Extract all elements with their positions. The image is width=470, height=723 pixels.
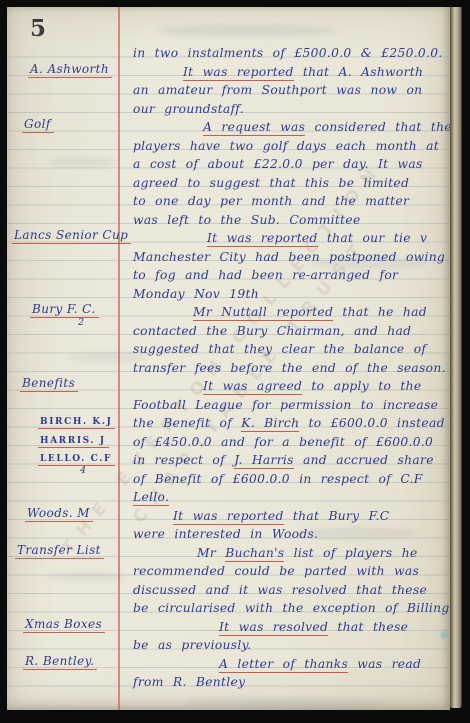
margin-heading: A. Ashworth	[28, 62, 112, 78]
text-row: Football League for permission to increa…	[7, 395, 450, 412]
minute-text: players have two golf days each month at	[133, 139, 439, 153]
minute-text: It was resolved that these	[219, 620, 408, 634]
margin-heading: Bury F. C.	[30, 302, 99, 318]
minute-text: Manchester City had been postponed owing	[133, 250, 445, 264]
minute-text: discussed and it was resolved that these	[133, 583, 427, 597]
minute-text: contacted the Bury Chairman, and had	[133, 324, 411, 338]
minute-text: be as previously.	[133, 638, 251, 652]
text-row: BIRCH. K.Jthe Benefit of K. Birch to £60…	[7, 413, 450, 430]
text-row: of Benefit of £600.0.0 in respect of C.F	[7, 469, 450, 486]
minute-text: It was reported that Bury F.C	[173, 509, 389, 523]
text-row: our groundstaff.	[7, 99, 450, 116]
margin-heading: Benefits	[20, 376, 78, 392]
text-row: to one day per month and the matter	[7, 191, 450, 208]
minute-text: It was reported that our tie v	[207, 231, 427, 245]
margin-heading: BIRCH. K.J	[38, 417, 115, 429]
minute-text: in two instalments of £500.0.0 & £250.0.…	[133, 46, 443, 60]
text-row: players have two golf days each month at	[7, 136, 450, 153]
minute-text: our groundstaff.	[133, 102, 244, 116]
text-row: R. Bentley.A letter of thanks was read	[7, 654, 450, 671]
text-row: were interested in Woods.	[7, 524, 450, 541]
text-row: Lancs Senior CupIt was reported that our…	[7, 228, 450, 245]
margin-heading: Xmas Boxes	[23, 617, 105, 633]
text-row: a cost of about £22.0.0 per day. It was	[7, 154, 450, 171]
handwritten-rows: in two instalments of £500.0.0 & £250.0.…	[7, 7, 450, 710]
minute-text: It was reported that A. Ashworth	[183, 65, 423, 79]
margin-heading: Golf	[22, 117, 54, 133]
text-row: HARRIS. Jof £450.0.0 and for a benefit o…	[7, 432, 450, 449]
text-row: A. AshworthIt was reported that A. Ashwo…	[7, 62, 450, 79]
text-row: Lello.	[7, 487, 450, 504]
margin-heading: R. Bentley.	[23, 654, 97, 670]
text-row: LELLO. C.F4in respect of J. Harris and a…	[7, 450, 450, 467]
text-row: Xmas BoxesIt was resolved that these	[7, 617, 450, 634]
text-row: an amateur from Southport was now on	[7, 80, 450, 97]
minute-text: of £450.0.0 and for a benefit of £600.0.…	[133, 435, 433, 449]
minute-text: transfer fees before the end of the seas…	[133, 361, 446, 375]
minute-text: an amateur from Southport was now on	[133, 83, 422, 97]
minute-text: to one day per month and the matter	[133, 194, 409, 208]
minute-text: suggested that they clear the balance of	[133, 342, 426, 356]
minute-text: Lello.	[133, 490, 169, 504]
text-row: recommended could be parted with was	[7, 561, 450, 578]
text-row: be circularised with the exception of Bi…	[7, 598, 450, 615]
text-row: be as previously.	[7, 635, 450, 652]
margin-heading: LELLO. C.F	[38, 454, 115, 466]
margin-heading: Lancs Senior Cup	[12, 228, 131, 244]
page-stack-edge	[450, 7, 462, 708]
minute-text: Monday Nov 19th	[133, 287, 259, 301]
text-row: contacted the Bury Chairman, and had	[7, 321, 450, 338]
text-row: discussed and it was resolved that these	[7, 580, 450, 597]
text-row: to fog and had been re-arranged for	[7, 265, 450, 282]
text-row: from R. Bentley	[7, 672, 450, 689]
minute-text: the Benefit of K. Birch to £600.0.0 inst…	[133, 416, 445, 430]
margin-heading: Transfer List	[15, 543, 104, 559]
margin-heading: Woods. M	[25, 506, 93, 522]
text-row: agreed to suggest that this be limited	[7, 173, 450, 190]
text-row: GolfA request was considered that the	[7, 117, 450, 134]
minute-text: from R. Bentley	[133, 675, 245, 689]
ink-spot	[439, 629, 449, 641]
margin-heading: HARRIS. J	[38, 436, 109, 448]
text-row: Manchester City had been postponed owing	[7, 247, 450, 264]
text-row: suggested that they clear the balance of	[7, 339, 450, 356]
minute-text: Mr Buchan's list of players he	[197, 546, 418, 560]
minute-text: It was agreed to apply to the	[203, 379, 421, 393]
text-row: in two instalments of £500.0.0 & £250.0.…	[7, 43, 450, 60]
text-row: transfer fees before the end of the seas…	[7, 358, 450, 375]
minute-text: A request was considered that the	[203, 120, 450, 134]
minute-text: A letter of thanks was read	[219, 657, 421, 671]
minute-text: Mr Nuttall reported that he had	[193, 305, 427, 319]
minute-text: was left to the Sub. Committee	[133, 213, 361, 227]
text-row: Transfer ListMr Buchan's list of players…	[7, 543, 450, 560]
minute-text: to fog and had been re-arranged for	[133, 268, 398, 282]
scanned-minute-book: THE EVERTON COLLECTION CHARITABLE TRUST …	[0, 0, 470, 723]
minute-text: be circularised with the exception of Bi…	[133, 601, 450, 615]
text-row: Monday Nov 19th	[7, 284, 450, 301]
minute-text: in respect of J. Harris and accrued shar…	[133, 453, 434, 467]
text-row: BenefitsIt was agreed to apply to the	[7, 376, 450, 393]
minute-text: Football League for permission to increa…	[133, 398, 438, 412]
minute-text: recommended could be parted with was	[133, 564, 419, 578]
text-row: Bury F. C.2Mr Nuttall reported that he h…	[7, 302, 450, 319]
minute-text: agreed to suggest that this be limited	[133, 176, 409, 190]
minute-text: a cost of about £22.0.0 per day. It was	[133, 157, 423, 171]
text-row: was left to the Sub. Committee	[7, 210, 450, 227]
ledger-page: THE EVERTON COLLECTION CHARITABLE TRUST …	[7, 7, 450, 710]
text-row: Woods. MIt was reported that Bury F.C	[7, 506, 450, 523]
minute-text: were interested in Woods.	[133, 527, 318, 541]
minute-text: of Benefit of £600.0.0 in respect of C.F	[133, 472, 423, 486]
